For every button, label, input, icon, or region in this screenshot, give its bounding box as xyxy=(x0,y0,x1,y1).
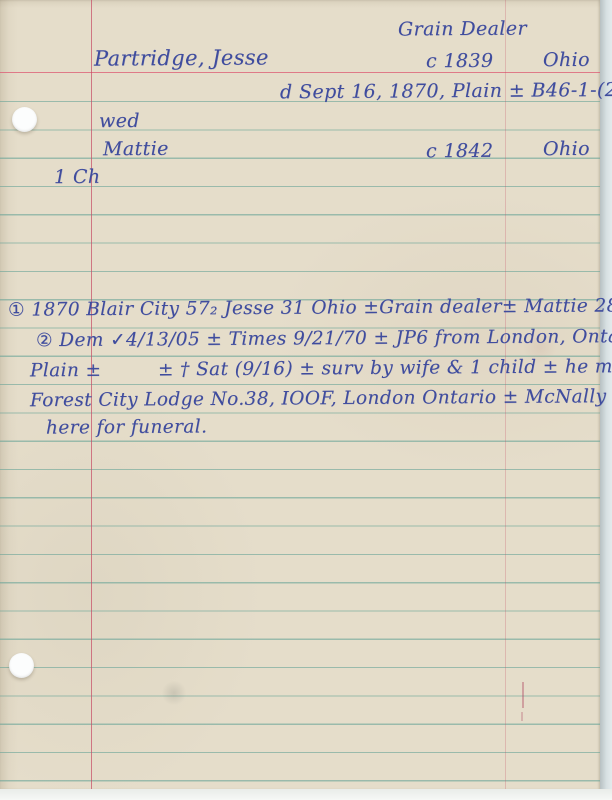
stray-red-mark xyxy=(521,712,523,721)
punch-hole-top xyxy=(12,107,37,132)
horizontal-rule-lines xyxy=(0,101,600,789)
red-header-rule xyxy=(0,72,600,73)
wed-label: wed xyxy=(99,110,140,132)
note-line: ② Dem ✓4/13/05 ± Times 9/21/70 ± JP6 fro… xyxy=(36,326,612,351)
note-line: here for funeral. xyxy=(46,416,207,438)
spouse-birth-year: c 1842 xyxy=(426,140,494,162)
children-note: 1 Ch xyxy=(54,166,101,188)
note-line: Plain ± ± † Sat (9/16) ± surv by wife & … xyxy=(30,356,612,382)
stray-red-mark xyxy=(522,682,524,708)
occupation-note: Grain Dealer xyxy=(398,18,527,41)
death-line: d Sept 16, 1870, Plain ± B46-1-(205) xyxy=(280,79,612,104)
note-line: ① 1870 Blair City 57₂ Jesse 31 Ohio ±Gra… xyxy=(8,294,612,320)
scanned-page: Grain Dealer Partridge, Jesse c 1839 Ohi… xyxy=(0,0,612,800)
spouse-name: Mattie xyxy=(103,138,169,160)
birth-place: Ohio xyxy=(543,49,590,71)
spouse-birth-place: Ohio xyxy=(543,138,590,160)
subject-name: Partridge, Jesse xyxy=(94,45,269,70)
punch-hole-bottom xyxy=(9,653,34,678)
note-line: Forest City Lodge No.38, IOOF, London On… xyxy=(30,386,612,411)
paper-bottom-edge xyxy=(0,789,612,800)
birth-year: c 1839 xyxy=(426,50,494,72)
